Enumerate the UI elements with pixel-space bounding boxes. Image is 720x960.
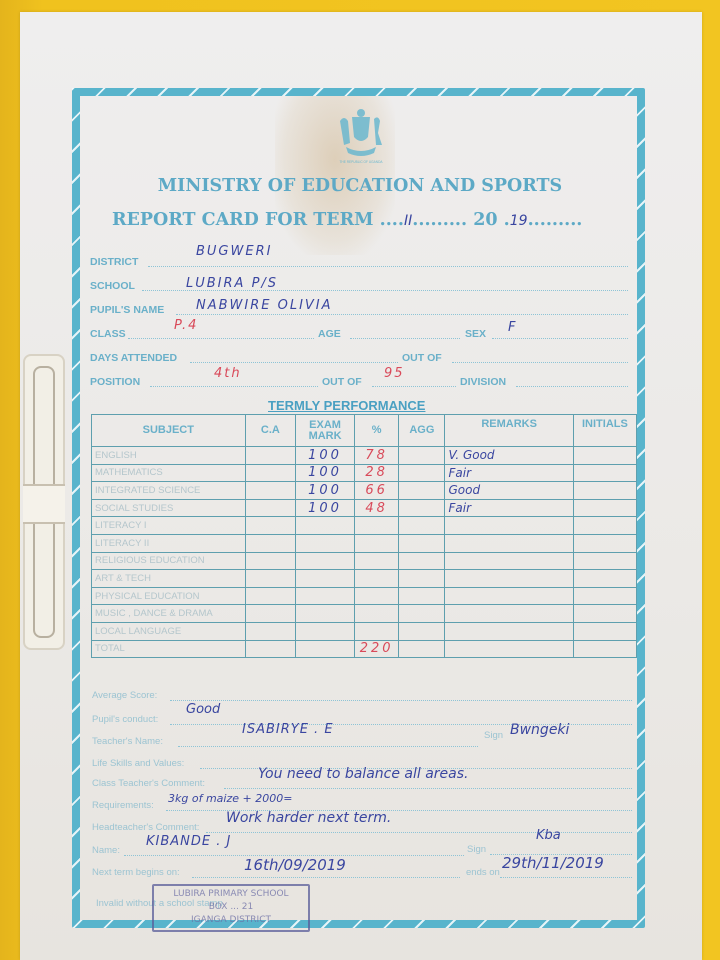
subject-cell: RELIGIOUS EDUCATION: [92, 552, 246, 570]
exam-cell: 100: [296, 464, 355, 482]
school-stamp: LUBIRA PRIMARY SCHOOL BOX ... 21 IGANGA …: [152, 884, 310, 932]
col-exam-mark: EXAM MARK: [296, 415, 355, 447]
initials-cell: [573, 499, 636, 517]
initials-cell: [573, 464, 636, 482]
percent-cell: 78: [355, 447, 399, 465]
subject-cell: PHYSICAL EDUCATION: [92, 587, 246, 605]
initials-cell: [573, 534, 636, 552]
district-line: [148, 266, 628, 267]
initials-cell: [573, 517, 636, 535]
headteacher-comment-line: [206, 832, 632, 833]
table-row: SOCIAL STUDIES10048Fair: [92, 499, 637, 517]
days-attended-line: [190, 362, 398, 363]
ca-cell: [245, 517, 296, 535]
folder-clip: [23, 354, 65, 650]
table-row: ENGLISH10078V. Good: [92, 447, 637, 465]
sex-value: F: [508, 320, 517, 335]
headteacher-signature: Kba: [536, 828, 561, 843]
table-row: PHYSICAL EDUCATION: [92, 587, 637, 605]
subject-cell: MATHEMATICS: [92, 464, 246, 482]
life-skills-label: Life Skills and Values:: [92, 758, 184, 769]
school-label: SCHOOL: [90, 280, 135, 292]
percent-cell: [355, 605, 399, 623]
agg-cell: [399, 552, 445, 570]
exam-cell: [296, 587, 355, 605]
exam-cell: [296, 552, 355, 570]
agg-cell: [399, 482, 445, 500]
col-initials: INITIALS: [573, 415, 636, 447]
coat-of-arms-icon: THE REPUBLIC OF UGANDA: [330, 103, 392, 165]
percent-cell: [355, 622, 399, 640]
percent-cell: 28: [355, 464, 399, 482]
remarks-cell: [445, 570, 573, 588]
ministry-title: MINISTRY OF EDUCATION AND SPORTS: [0, 176, 720, 196]
headteacher-name-label: Name:: [92, 845, 120, 856]
headteacher-sign-label: Sign: [467, 844, 486, 855]
subject-cell: ENGLISH: [92, 447, 246, 465]
year-prefix: ......... 20 .: [412, 210, 509, 230]
initials-cell: [573, 482, 636, 500]
ca-cell: [245, 570, 296, 588]
table-row: LOCAL LANGUAGE: [92, 622, 637, 640]
ca-cell: [245, 640, 296, 658]
position-out-of-value: 95: [384, 366, 405, 381]
class-line: [128, 338, 314, 339]
exam-cell: 100: [296, 482, 355, 500]
agg-cell: [399, 447, 445, 465]
table-row: LITERACY I: [92, 517, 637, 535]
ca-cell: [245, 605, 296, 623]
year-trail: .........: [528, 210, 583, 230]
district-label: DISTRICT: [90, 256, 138, 268]
remarks-cell: Good: [445, 482, 573, 500]
teacher-sign-label: Sign: [484, 730, 503, 741]
year-value: 19: [510, 213, 528, 229]
ca-cell: [245, 622, 296, 640]
remarks-cell: [445, 622, 573, 640]
position-out-of-label: OUT OF: [322, 376, 362, 388]
subject-cell: LITERACY II: [92, 534, 246, 552]
class-label: CLASS: [90, 328, 126, 340]
teacher-name-label: Teacher's Name:: [92, 736, 163, 747]
col-ca: C.A: [245, 415, 296, 447]
stamp-line-2: BOX ... 21: [154, 901, 308, 914]
percent-cell: [355, 587, 399, 605]
ca-cell: [245, 499, 296, 517]
termly-performance-title: TERMLY PERFORMANCE: [268, 398, 425, 413]
agg-cell: [399, 587, 445, 605]
ca-cell: [245, 464, 296, 482]
table-row: ART & TECH: [92, 570, 637, 588]
headteacher-comment-value: Work harder next term.: [226, 810, 391, 826]
age-line: [350, 338, 460, 339]
initials-cell: [573, 640, 636, 658]
teacher-name-value: ISABIRYE . E: [242, 722, 334, 737]
pupil-name-label: PUPIL'S NAME: [90, 304, 164, 316]
initials-cell: [573, 605, 636, 623]
conduct-label: Pupil's conduct:: [92, 714, 158, 725]
initials-cell: [573, 447, 636, 465]
subject-cell: SOCIAL STUDIES: [92, 499, 246, 517]
initials-cell: [573, 552, 636, 570]
exam-cell: [296, 640, 355, 658]
remarks-cell: [445, 640, 573, 658]
school-value: LUBIRA P/S: [186, 276, 278, 291]
requirements-value: 3kg of maize + 2000=: [168, 792, 292, 805]
exam-cell: [296, 570, 355, 588]
ends-on-line: [500, 877, 632, 878]
agg-cell: [399, 605, 445, 623]
agg-cell: [399, 640, 445, 658]
clip-band: [23, 484, 65, 524]
table-row: MATHEMATICS10028Fair: [92, 464, 637, 482]
table-row: LITERACY II: [92, 534, 637, 552]
ends-on-label: ends on: [466, 867, 500, 878]
next-term-begins-value: 16th/09/2019: [244, 856, 346, 874]
initials-cell: [573, 622, 636, 640]
col-agg: AGG: [399, 415, 445, 447]
age-label: AGE: [318, 328, 341, 340]
agg-cell: [399, 517, 445, 535]
days-attended-label: DAYS ATTENDED: [90, 352, 177, 364]
remarks-cell: [445, 552, 573, 570]
remarks-cell: [445, 605, 573, 623]
percent-cell: [355, 570, 399, 588]
exam-cell: 100: [296, 499, 355, 517]
division-line: [516, 386, 628, 387]
average-score-label: Average Score:: [92, 690, 157, 701]
ca-cell: [245, 482, 296, 500]
agg-cell: [399, 570, 445, 588]
report-prefix: REPORT CARD FOR TERM ....: [112, 210, 404, 230]
class-teacher-comment-line: [224, 788, 632, 789]
days-out-of-label: OUT OF: [402, 352, 442, 364]
subject-cell: ART & TECH: [92, 570, 246, 588]
percent-cell: [355, 552, 399, 570]
percent-cell: 66: [355, 482, 399, 500]
position-line: [150, 386, 318, 387]
headteacher-comment-label: Headteacher's Comment:: [92, 822, 199, 833]
position-label: POSITION: [90, 376, 140, 388]
total-row: TOTAL220: [92, 640, 637, 658]
initials-cell: [573, 570, 636, 588]
district-value: BUGWERI: [196, 244, 272, 259]
requirements-label: Requirements:: [92, 800, 154, 811]
next-term-begins-label: Next term begins on:: [92, 867, 180, 878]
subject-cell: INTEGRATED SCIENCE: [92, 482, 246, 500]
remarks-cell: Fair: [445, 464, 573, 482]
agg-cell: [399, 464, 445, 482]
class-teacher-comment-value: You need to balance all areas.: [258, 766, 469, 782]
ends-on-value: 29th/11/2019: [502, 854, 604, 872]
next-term-begins-line: [192, 877, 460, 878]
table-row: INTEGRATED SCIENCE10066Good: [92, 482, 637, 500]
initials-cell: [573, 587, 636, 605]
class-teacher-comment-label: Class Teacher's Comment:: [92, 778, 205, 789]
percent-cell: 48: [355, 499, 399, 517]
exam-cell: 100: [296, 447, 355, 465]
report-title: REPORT CARD FOR TERM ....II......... 20 …: [112, 210, 582, 230]
subject-cell: MUSIC , DANCE & DRAMA: [92, 605, 246, 623]
ca-cell: [245, 534, 296, 552]
percent-cell: [355, 517, 399, 535]
agg-cell: [399, 622, 445, 640]
col-subject: SUBJECT: [92, 415, 246, 447]
agg-cell: [399, 534, 445, 552]
subject-cell: LITERACY I: [92, 517, 246, 535]
average-score-line: [170, 700, 632, 701]
subject-cell: LOCAL LANGUAGE: [92, 622, 246, 640]
subject-cell: TOTAL: [92, 640, 246, 658]
table-row: RELIGIOUS EDUCATION: [92, 552, 637, 570]
conduct-value: Good: [186, 702, 220, 717]
col-percent: %: [355, 415, 399, 447]
percent-cell: [355, 534, 399, 552]
stamp-line-3: IGANGA DISTRICT: [154, 914, 308, 927]
stamp-line-1: LUBIRA PRIMARY SCHOOL: [154, 888, 308, 901]
remarks-cell: [445, 534, 573, 552]
division-label: DIVISION: [460, 376, 506, 388]
pupil-name-line: [176, 314, 628, 315]
table-row: MUSIC , DANCE & DRAMA: [92, 605, 637, 623]
pupil-name-value: NABWIRE OLIVIA: [196, 298, 333, 313]
ca-cell: [245, 447, 296, 465]
sex-label: SEX: [465, 328, 486, 340]
class-value: P.4: [174, 318, 198, 333]
teacher-name-line: [178, 746, 478, 747]
ca-cell: [245, 552, 296, 570]
sex-line: [492, 338, 628, 339]
col-remarks: REMARKS: [445, 415, 573, 447]
agg-cell: [399, 499, 445, 517]
performance-table: SUBJECT C.A EXAM MARK % AGG REMARKS INIT…: [91, 414, 637, 658]
position-out-of-line: [372, 386, 456, 387]
exam-cell: [296, 622, 355, 640]
position-value: 4th: [214, 366, 242, 381]
table-header-row: SUBJECT C.A EXAM MARK % AGG REMARKS INIT…: [92, 415, 637, 447]
remarks-cell: Fair: [445, 499, 573, 517]
remarks-cell: V. Good: [445, 447, 573, 465]
total-percent-cell: 220: [355, 640, 399, 658]
exam-cell: [296, 534, 355, 552]
teacher-signature: Bwngeki: [510, 722, 569, 738]
headteacher-name-value: KIBANDE . J: [146, 834, 231, 849]
exam-cell: [296, 517, 355, 535]
exam-cell: [296, 605, 355, 623]
remarks-cell: [445, 517, 573, 535]
svg-text:THE REPUBLIC OF UGANDA: THE REPUBLIC OF UGANDA: [339, 160, 383, 164]
days-out-of-line: [452, 362, 628, 363]
ca-cell: [245, 587, 296, 605]
remarks-cell: [445, 587, 573, 605]
